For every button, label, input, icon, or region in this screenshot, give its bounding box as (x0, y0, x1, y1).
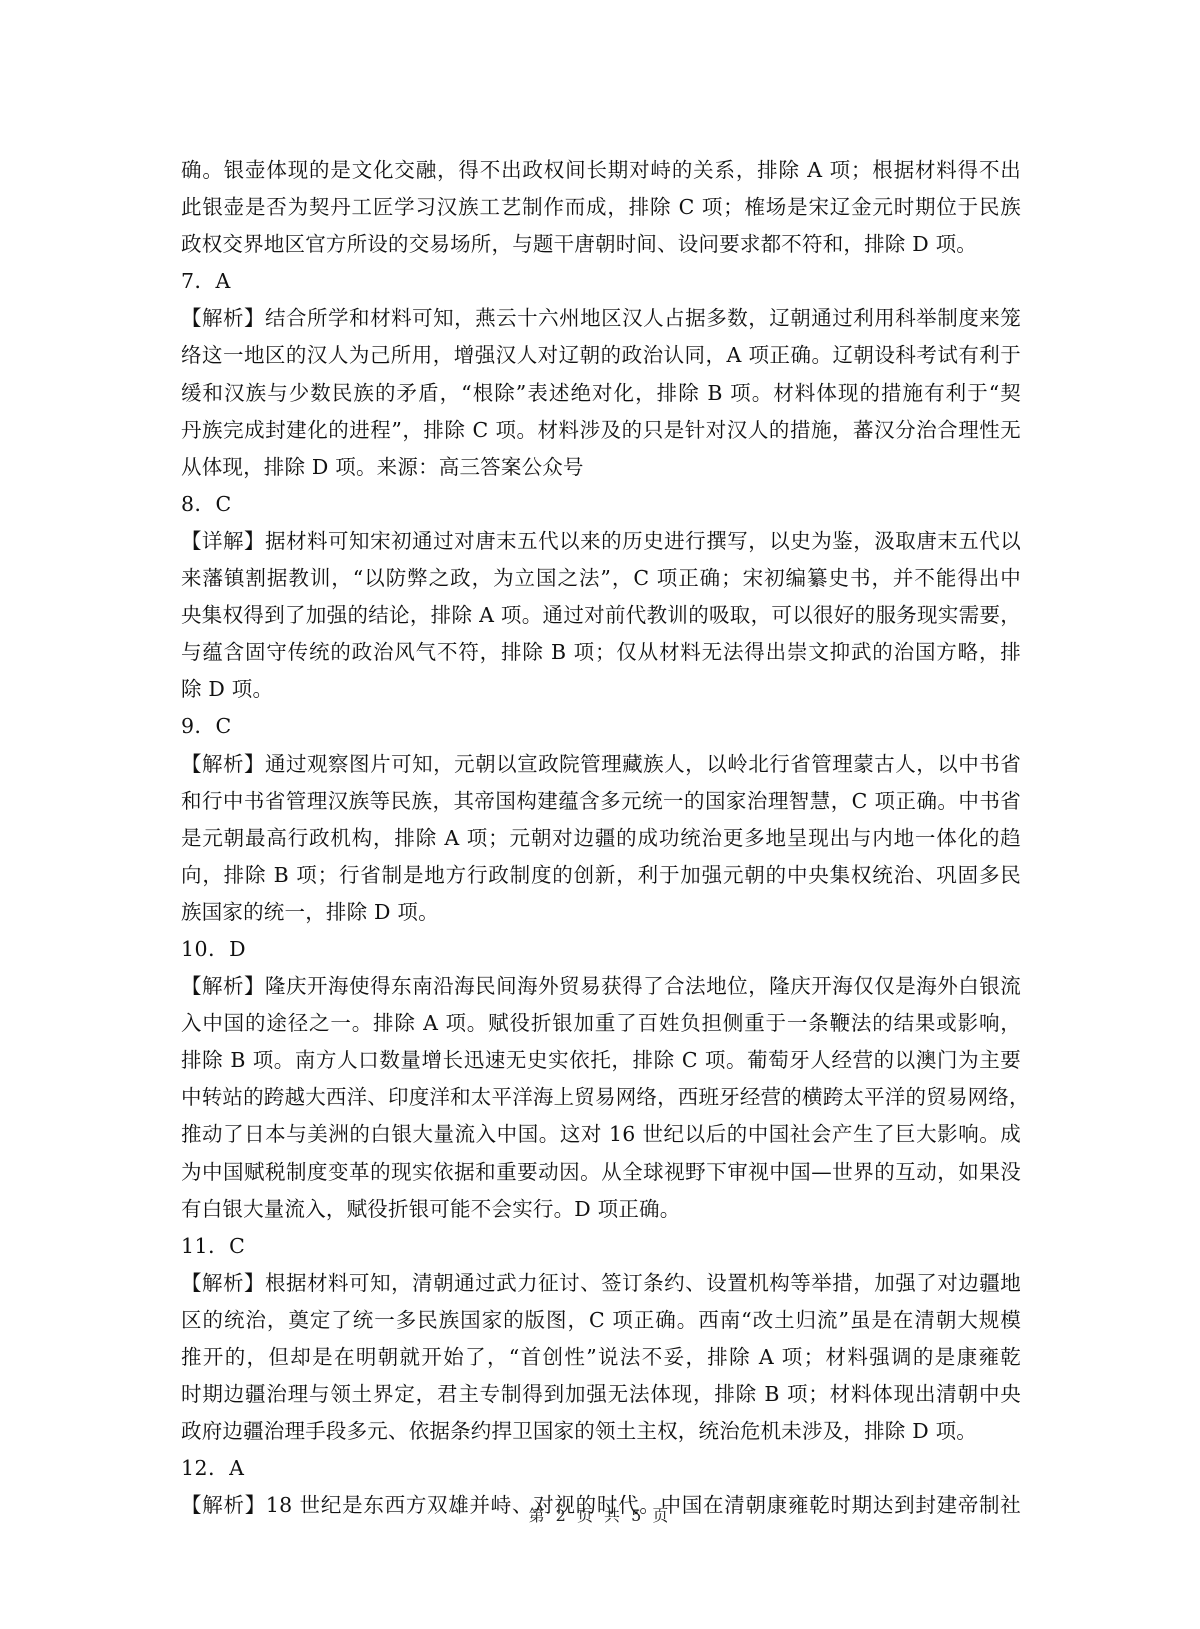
text-line: 缓和汉族与少数民族的矛盾，“根除”表述绝对化，排除 B 项。材料体现的措施有利于… (181, 375, 1021, 412)
analysis-line: 【详解】据材料可知宋初通过对唐末五代以来的历史进行撰写，以史为鉴，汲取唐末五代以 (181, 523, 1021, 560)
text-line: 此银壶是否为契丹工匠学习汉族工艺制作而成，排除 C 项；榷场是宋辽金元时期位于民… (181, 189, 1021, 226)
text-line: 区的统治，奠定了统一多民族国家的版图，C 项正确。西南“改土归流”虽是在清朝大规… (181, 1302, 1021, 1339)
analysis-line: 【解析】通过观察图片可知，元朝以宣政院管理藏族人，以岭北行省管理蒙古人，以中书省 (181, 746, 1021, 783)
text-line: 向，排除 B 项；行省制是地方行政制度的创新，利于加强元朝的中央集权统治、巩固多… (181, 857, 1021, 894)
text-line: 入中国的途径之一。排除 A 项。赋役折银加重了百姓负担侧重于一条鞭法的结果或影响… (181, 1005, 1021, 1042)
text-line: 来藩镇割据教训，“以防弊之政，为立国之法”，C 项正确；宋初编纂史书，并不能得出… (181, 560, 1021, 597)
text-line: 政权交界地区官方所设的交易场所，与题干唐朝时间、设问要求都不符和，排除 D 项。 (181, 226, 1021, 263)
text-line: 推开的，但却是在明朝就开始了，“首创性”说法不妥，排除 A 项；材料强调的是康雍… (181, 1339, 1021, 1376)
text-line: 和行中书省管理汉族等民族，其帝国构建蕴含多元统一的国家治理智慧，C 项正确。中书… (181, 783, 1021, 820)
text-line: 央集权得到了加强的结论，排除 A 项。通过对前代教训的吸取，可以很好的服务现实需… (181, 597, 1021, 634)
answer-heading-9: 9．C (181, 708, 1021, 745)
text-line: 确。银壶体现的是文化交融，得不出政权间长期对峙的关系，排除 A 项；根据材料得不… (181, 152, 1021, 189)
text-line: 络这一地区的汉人为己所用，增强汉人对辽朝的政治认同，A 项正确。辽朝设科考试有利… (181, 337, 1021, 374)
text-line: 丹族完成封建化的进程”，排除 C 项。材料涉及的只是针对汉人的措施，蕃汉分治合理… (181, 412, 1021, 449)
text-line: 排除 B 项。南方人口数量增长迅速无史实依托，排除 C 项。葡萄牙人经营的以澳门… (181, 1042, 1021, 1079)
answer-heading-8: 8．C (181, 486, 1021, 523)
document-body: 确。银壶体现的是文化交融，得不出政权间长期对峙的关系，排除 A 项；根据材料得不… (181, 152, 1021, 1524)
text-line: 为中国赋税制度变革的现实依据和重要动因。从全球视野下审视中国—世界的互动，如果没 (181, 1154, 1021, 1191)
analysis-line: 【解析】隆庆开海使得东南沿海民间海外贸易获得了合法地位，隆庆开海仅仅是海外白银流 (181, 968, 1021, 1005)
text-line: 族国家的统一，排除 D 项。 (181, 894, 1021, 931)
text-line: 有白银大量流入，赋役折银可能不会实行。D 项正确。 (181, 1191, 1021, 1228)
text-line: 是元朝最高行政机构，排除 A 项；元朝对边疆的成功统治更多地呈现出与内地一体化的… (181, 820, 1021, 857)
text-line: 与蕴含固守传统的政治风气不符，排除 B 项；仅从材料无法得出崇文抑武的治国方略，… (181, 634, 1021, 671)
text-line: 除 D 项。 (181, 671, 1021, 708)
answer-heading-7: 7．A (181, 263, 1021, 300)
text-line: 政府边疆治理手段多元、依据条约捍卫国家的领土主权，统治危机未涉及，排除 D 项。 (181, 1413, 1021, 1450)
analysis-line: 【解析】根据材料可知，清朝通过武力征讨、签订条约、设置机构等举措，加强了对边疆地 (181, 1265, 1021, 1302)
answer-heading-10: 10．D (181, 931, 1021, 968)
text-line: 时期边疆治理与领土界定，君主专制得到加强无法体现，排除 B 项；材料体现出清朝中… (181, 1376, 1021, 1413)
text-line: 推动了日本与美洲的白银大量流入中国。这对 16 世纪以后的中国社会产生了巨大影响… (181, 1116, 1021, 1153)
text-line: 从体现，排除 D 项。来源：高三答案公众号 (181, 449, 1021, 486)
answer-heading-12: 12．A (181, 1450, 1021, 1487)
answer-heading-11: 11．C (181, 1228, 1021, 1265)
page-number-footer: 第 2 页 共 5 页 (0, 1503, 1200, 1526)
analysis-line: 【解析】结合所学和材料可知，燕云十六州地区汉人占据多数，辽朝通过利用科举制度来笼 (181, 300, 1021, 337)
text-line: 中转站的跨越大西洋、印度洋和太平洋海上贸易网络，西班牙经营的横跨太平洋的贸易网络… (181, 1079, 1021, 1116)
